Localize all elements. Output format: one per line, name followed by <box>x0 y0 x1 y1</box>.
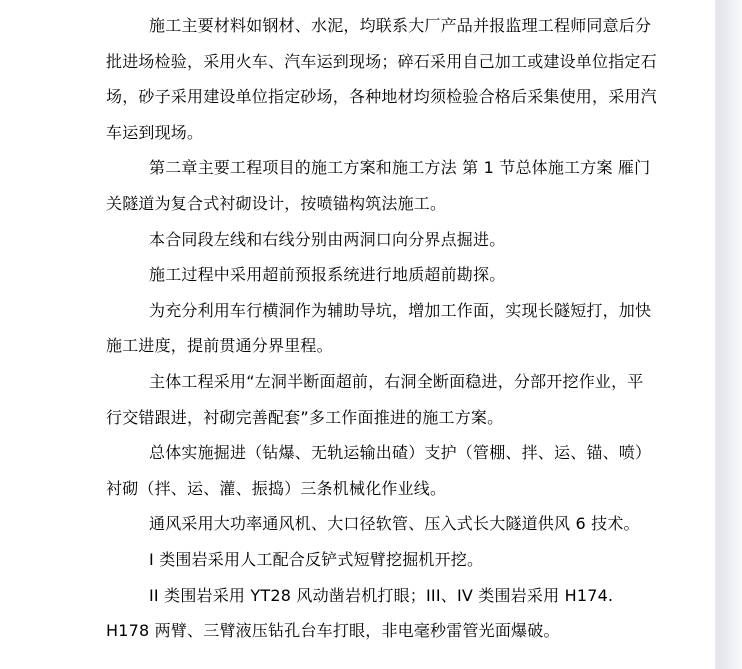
text-line: I 类围岩采用人工配合反铲式短臂挖掘机开挖。 <box>106 542 666 578</box>
text-line: 施工主要材料如钢材、水泥，均联系大厂产品并报监理工程师同意后分 <box>106 8 666 44</box>
text-line: 施工进度，提前贯通分界里程。 <box>106 328 666 364</box>
text-line: 为充分利用车行横洞作为辅助导坑，增加工作面，实现长隧短打，加快 <box>106 293 666 329</box>
paragraph: II 类围岩采用 YT28 风动凿岩机打眼；III、IV 类围岩采用 H174.… <box>106 578 666 649</box>
document-page: 施工主要材料如钢材、水泥，均联系大厂产品并报监理工程师同意后分批进场检验，采用火… <box>0 0 715 669</box>
text-line: 衬砌（拌、运、灌、振捣）三条机械化作业线。 <box>106 471 666 507</box>
text-line: II 类围岩采用 YT28 风动凿岩机打眼；III、IV 类围岩采用 H174. <box>106 578 666 614</box>
text-line: 批进场检验，采用火车、汽车运到现场；碎石采用自己加工或建设单位指定石 <box>106 44 666 80</box>
paragraph: 通风采用大功率通风机、大口径软管、压入式长大隧道供风 6 技术。 <box>106 506 666 542</box>
document-viewer: { "colors": { "page_background": "#fffff… <box>0 0 742 669</box>
text-line: 主体工程采用“左洞半断面超前，右洞全断面稳进，分部开挖作业，平 <box>106 364 666 400</box>
text-line: 通风采用大功率通风机、大口径软管、压入式长大隧道供风 6 技术。 <box>106 506 666 542</box>
document-text: 施工主要材料如钢材、水泥，均联系大厂产品并报监理工程师同意后分批进场检验，采用火… <box>106 8 666 649</box>
text-line: H178 两臂、三臂液压钻孔台车打眼，非电毫秒雷管光面爆破。 <box>106 613 666 649</box>
text-line: 本合同段左线和右线分别由两洞口向分界点掘进。 <box>106 222 666 258</box>
paragraph: 第二章主要工程项目的施工方案和施工方法 第 1 节总体施工方案 雁门关隧道为复合… <box>106 150 666 221</box>
paragraph: 总体实施掘进（钻爆、无轨运输出碴）支护（管棚、拌、运、锚、喷）衬砌（拌、运、灌、… <box>106 435 666 506</box>
text-line: 第二章主要工程项目的施工方案和施工方法 第 1 节总体施工方案 雁门 <box>106 150 666 186</box>
paragraph: 施工主要材料如钢材、水泥，均联系大厂产品并报监理工程师同意后分批进场检验，采用火… <box>106 8 666 150</box>
text-line: 行交错跟进，衬砌完善配套”多工作面推进的施工方案。 <box>106 400 666 436</box>
paragraph: 本合同段左线和右线分别由两洞口向分界点掘进。 <box>106 222 666 258</box>
paragraph: 主体工程采用“左洞半断面超前，右洞全断面稳进，分部开挖作业，平行交错跟进，衬砌完… <box>106 364 666 435</box>
text-line: 总体实施掘进（钻爆、无轨运输出碴）支护（管棚、拌、运、锚、喷） <box>106 435 666 471</box>
paragraph: 施工过程中采用超前预报系统进行地质超前勘探。 <box>106 257 666 293</box>
paragraph: 为充分利用车行横洞作为辅助导坑，增加工作面，实现长隧短打，加快施工进度，提前贯通… <box>106 293 666 364</box>
text-line: 关隧道为复合式衬砌设计，按喷锚构筑法施工。 <box>106 186 666 222</box>
page-edge-shadow <box>715 0 742 669</box>
text-line: 施工过程中采用超前预报系统进行地质超前勘探。 <box>106 257 666 293</box>
text-line: 场，砂子采用建设单位指定砂场，各种地材均须检验合格后采集使用，采用汽 <box>106 79 666 115</box>
text-line: 车运到现场。 <box>106 115 666 151</box>
paragraph: I 类围岩采用人工配合反铲式短臂挖掘机开挖。 <box>106 542 666 578</box>
